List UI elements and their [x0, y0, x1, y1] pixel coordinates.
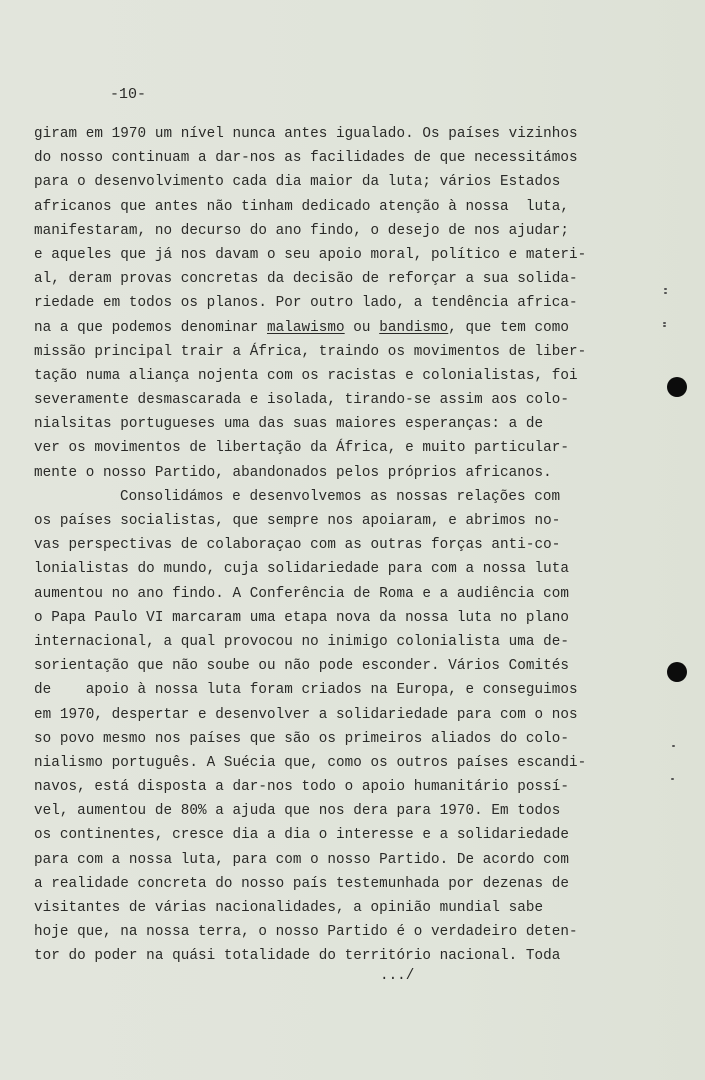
text-line: ver os movimentos de libertação da Áfric…: [34, 436, 594, 460]
text-line: mente o nosso Partido, abandonados pelos…: [34, 461, 594, 485]
underlined-term: malawismo: [267, 320, 345, 336]
text-line: Consolidámos e desenvolvemos as nossas r…: [34, 485, 594, 509]
text-line: africanos que antes não tinham dedicado …: [34, 195, 594, 219]
text-line: hoje que, na nossa terra, o nosso Partid…: [34, 920, 594, 944]
text-line: internacional, a qual provocou no inimig…: [34, 630, 594, 654]
text-line: para com a nossa luta, para com o nosso …: [34, 848, 594, 872]
speck-mark: [664, 288, 667, 290]
text-line: missão principal trair a África, traindo…: [34, 340, 594, 364]
text-line: de apoio à nossa luta foram criados na E…: [34, 678, 594, 702]
text-line: em 1970, despertar e desenvolver a solid…: [34, 703, 594, 727]
text-line: lonialistas do mundo, cuja solidariedade…: [34, 557, 594, 581]
text-line: giram em 1970 um nível nunca antes igual…: [34, 122, 594, 146]
text-line: severamente desmascarada e isolada, tira…: [34, 388, 594, 412]
text-line: o Papa Paulo VI marcaram uma etapa nova …: [34, 606, 594, 630]
text-line: vel, aumentou de 80% a ajuda que nos der…: [34, 799, 594, 823]
speck-mark: [663, 322, 666, 324]
text-line: na a que podemos denominar malawismo ou …: [34, 316, 594, 340]
text-line: riedade em todos os planos. Por outro la…: [34, 291, 594, 315]
text-line: do nosso continuam a dar-nos as facilida…: [34, 146, 594, 170]
text-line: so povo mesmo nos países que são os prim…: [34, 727, 594, 751]
text-line: al, deram provas concretas da decisão de…: [34, 267, 594, 291]
punch-hole: [667, 377, 687, 397]
paragraph-1: giram em 1970 um nível nunca antes igual…: [34, 122, 594, 485]
text-line: aumentou no ano findo. A Conferência de …: [34, 582, 594, 606]
text-line: vas perspectivas de colaboraçao com as o…: [34, 533, 594, 557]
text-line: manifestaram, no decurso do ano findo, o…: [34, 219, 594, 243]
text-line: nialsitas portugueses uma das suas maior…: [34, 412, 594, 436]
underlined-term: bandismo: [379, 320, 448, 336]
text-line: os países socialistas, que sempre nos ap…: [34, 509, 594, 533]
paragraph-2: Consolidámos e desenvolvemos as nossas r…: [34, 485, 594, 969]
text-line: visitantes de várias nacionalidades, a o…: [34, 896, 594, 920]
text-line: sorientação que não soube ou não pode es…: [34, 654, 594, 678]
speck-mark: [672, 745, 675, 747]
page-number: -10-: [110, 86, 146, 103]
document-page: -10- giram em 1970 um nível nunca antes …: [0, 0, 705, 1080]
text-line: a realidade concreta do nosso país teste…: [34, 872, 594, 896]
continuation-mark: .../: [380, 968, 414, 984]
body-text: giram em 1970 um nível nunca antes igual…: [34, 122, 594, 969]
speck-mark: [664, 292, 667, 294]
text-line: para o desenvolvimento cada dia maior da…: [34, 170, 594, 194]
text-line: os continentes, cresce dia a dia o inter…: [34, 823, 594, 847]
text-line: nialismo português. A Suécia que, como o…: [34, 751, 594, 775]
speck-mark: [663, 325, 666, 327]
text-line: tor do poder na quási totalidade do terr…: [34, 944, 594, 968]
text-line: e aqueles que já nos davam o seu apoio m…: [34, 243, 594, 267]
speck-mark: [671, 778, 674, 780]
text-line: tação numa aliança nojenta com os racist…: [34, 364, 594, 388]
text-line: navos, está disposta a dar-nos todo o ap…: [34, 775, 594, 799]
punch-hole: [667, 662, 687, 682]
